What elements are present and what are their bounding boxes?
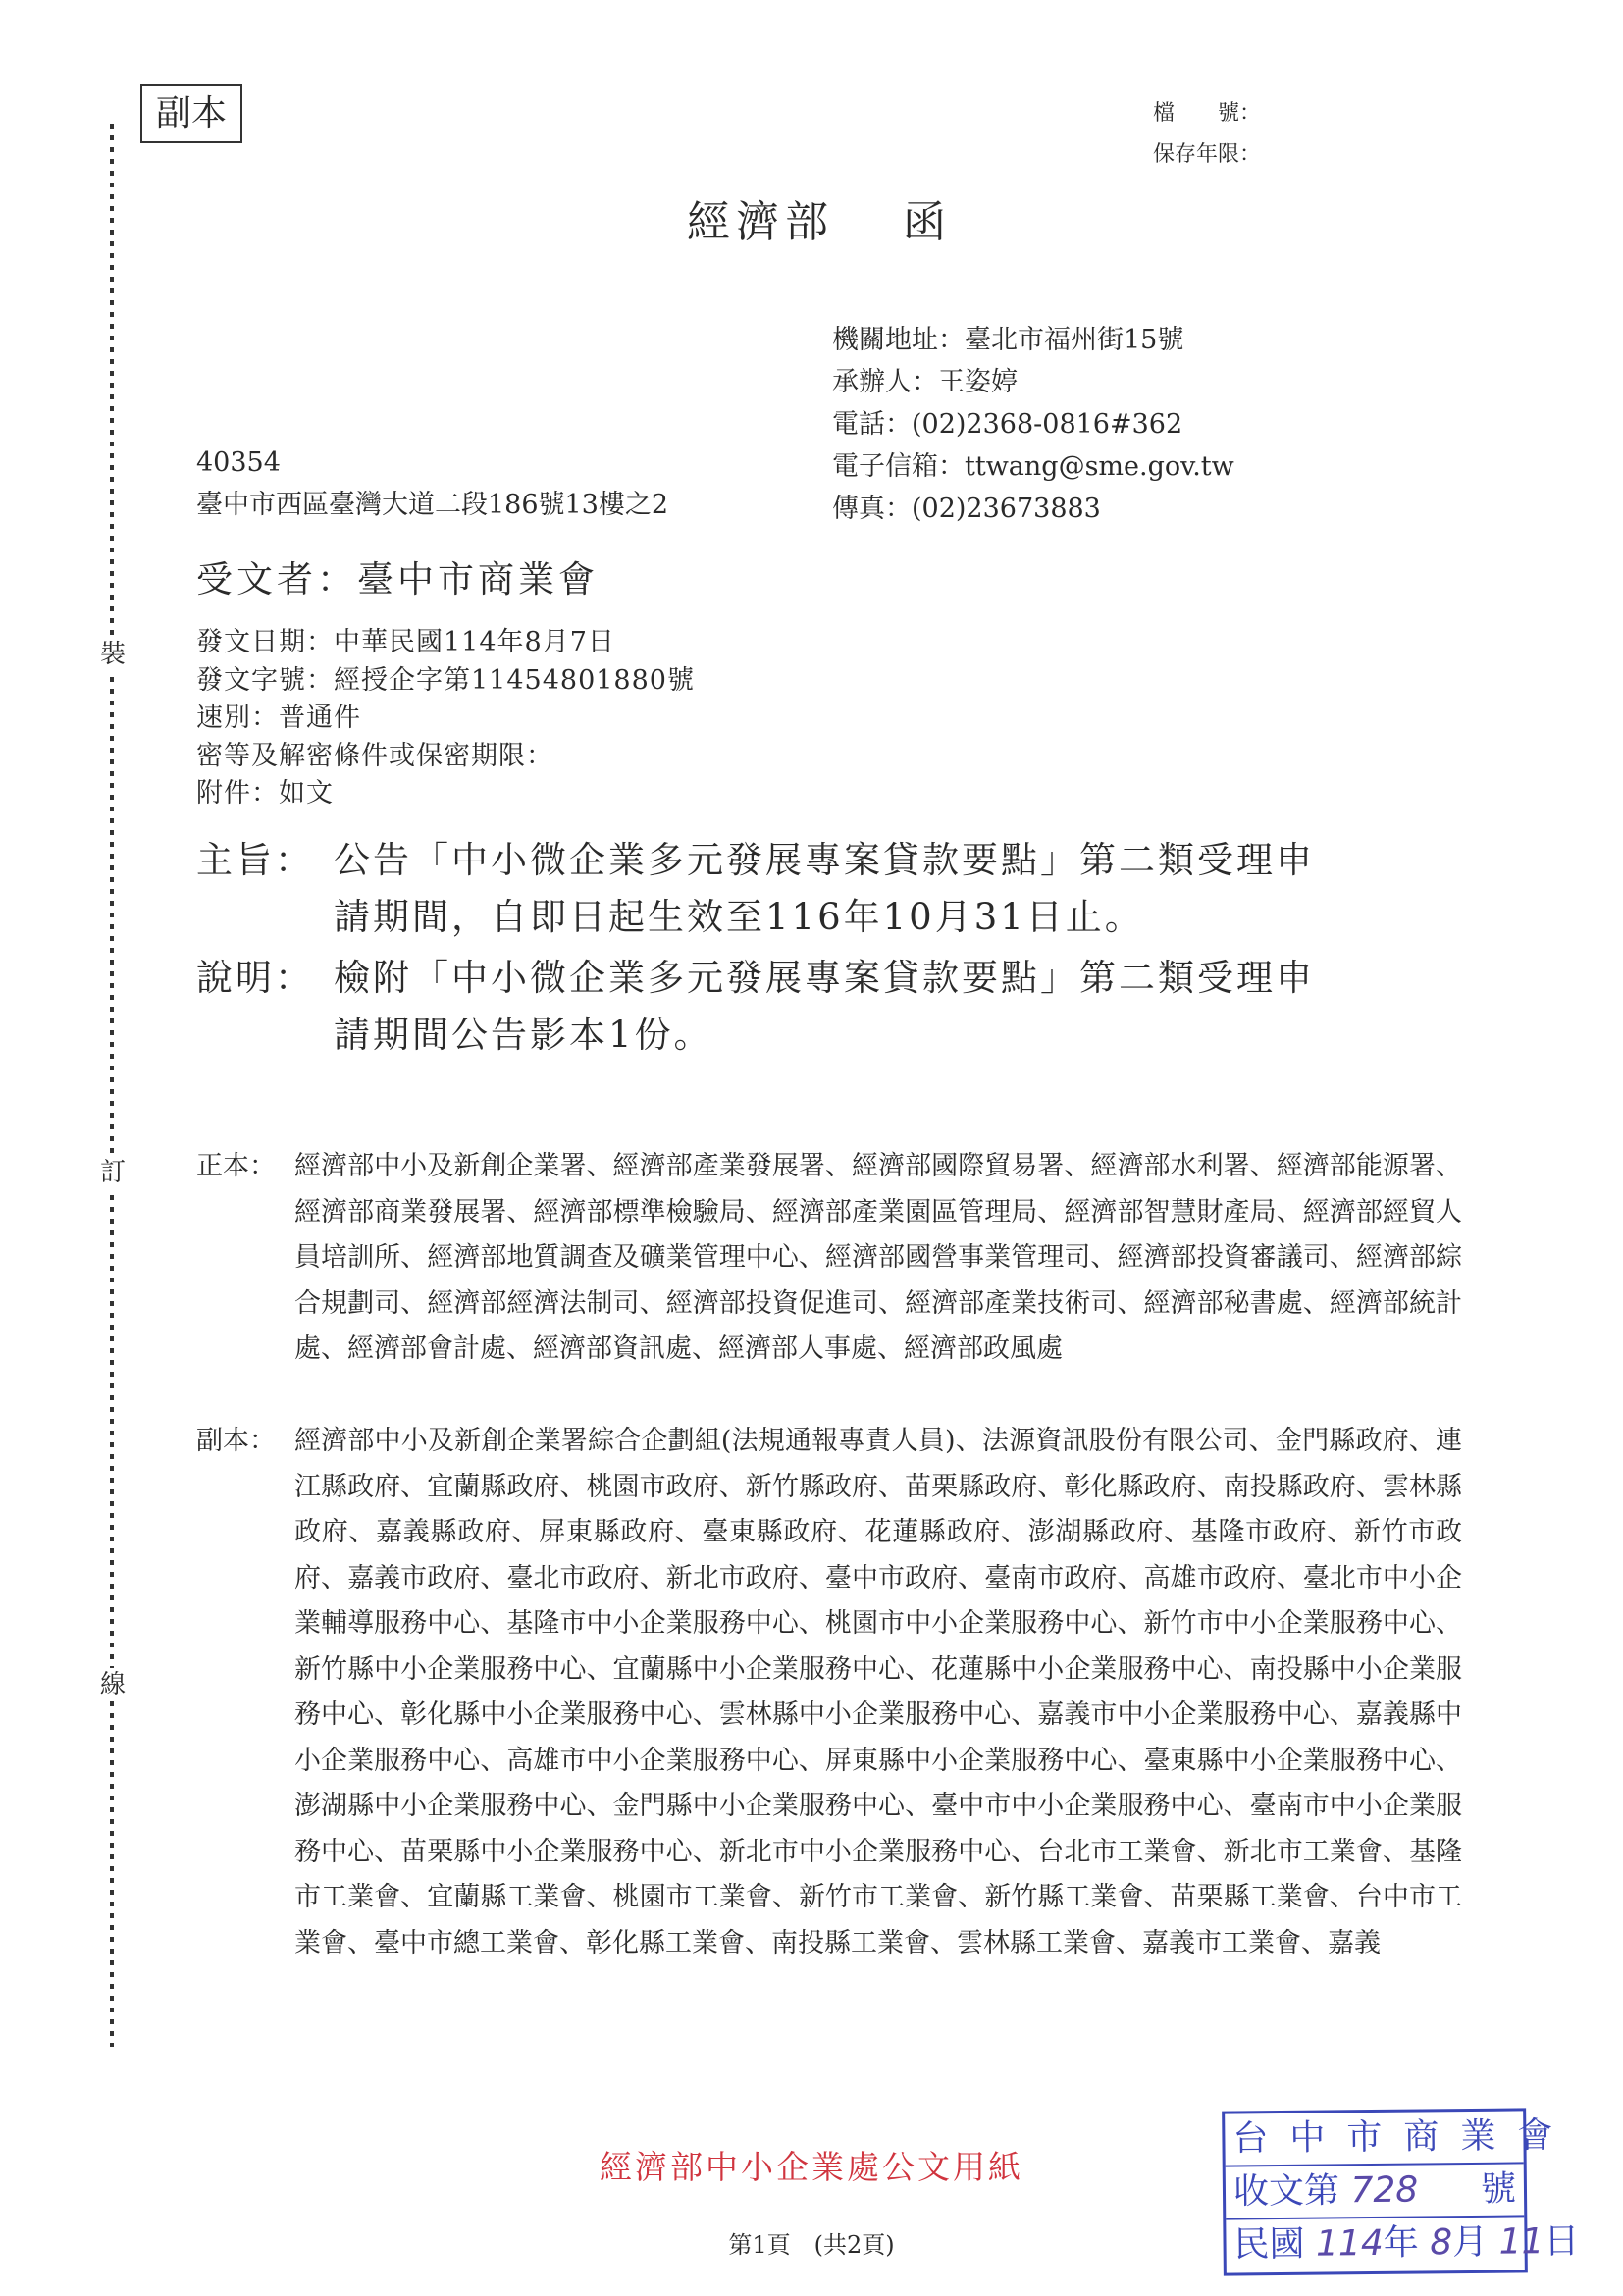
stamp-year-label: 年: [1384, 2223, 1419, 2264]
original-recipients: 正本： 經濟部中小及新創企業署、經濟部產業發展署、經濟部國際貿易署、經濟部水利署…: [196, 1144, 1472, 1373]
binding-char-zhuang: 裝: [96, 638, 130, 671]
explanation-line-2: 請期間公告影本1份。: [196, 1007, 1315, 1064]
explanation-section: 說明：檢附「中小微企業多元發展專案貸款要點」第二類受理申 請期間公告影本1份。: [196, 950, 1315, 1064]
explanation-label: 說明：: [196, 950, 334, 1007]
title-doc-type: 函: [903, 197, 952, 247]
title-agency: 經濟部: [687, 197, 834, 247]
attachment: 附件：如文: [196, 775, 695, 813]
subject-label: 主旨：: [196, 832, 334, 889]
stamp-receipt-label: 收文第: [1233, 2170, 1339, 2212]
document-fields: 發文日期：中華民國114年8月7日 發文字號：經授企字第11454801880號…: [196, 624, 695, 813]
agency-handler: 承辦人：王姿婷: [832, 361, 1234, 403]
stamp-date-prefix: 民國: [1233, 2224, 1304, 2266]
stamp-month-label: 月: [1452, 2222, 1488, 2263]
original-recipients-label: 正本：: [196, 1144, 276, 1190]
copy-recipients-list: 經濟部中小及新創企業署綜合企劃組(法規通報專責人員)、法源資訊股份有限公司、金門…: [294, 1419, 1462, 1966]
stamp-org: 台中市商業會: [1225, 2111, 1524, 2166]
issue-date: 發文日期：中華民國114年8月7日: [196, 624, 695, 662]
stamp-receipt-number: 728: [1350, 2170, 1418, 2212]
recipient-mailing-address: 40354 臺中市西區臺灣大道二段186號13樓之2: [196, 442, 668, 526]
binding-char-ding: 訂: [96, 1156, 130, 1189]
binding-dotted-line: [110, 124, 114, 2047]
binding-char-xian: 線: [96, 1668, 130, 1701]
agency-phone: 電話：(02)2368-0816#362: [832, 403, 1234, 445]
subject-section: 主旨：公告「中小微企業多元發展專案貸款要點」第二類受理申 請期間，自即日起生效至…: [196, 832, 1315, 946]
copy-recipients: 副本： 經濟部中小及新創企業署綜合企劃組(法規通報專責人員)、法源資訊股份有限公…: [196, 1419, 1472, 1966]
postal-code: 40354: [196, 442, 668, 484]
stamp-year: 114: [1316, 2223, 1384, 2265]
subject-line-1: 公告「中小微企業多元發展專案貸款要點」第二類受理申: [334, 839, 1315, 881]
document-number: 發文字號：經授企字第11454801880號: [196, 662, 695, 701]
stamp-receipt-row: 收文第 728 號: [1226, 2164, 1525, 2219]
security-level: 密等及解密條件或保密期限：: [196, 738, 695, 776]
copy-stamp: 副本: [140, 84, 242, 143]
agency-address: 機關地址：臺北市福州街15號: [832, 319, 1234, 361]
stamp-date-row: 民國 114年 8月 11日: [1226, 2217, 1525, 2272]
original-recipients-list: 經濟部中小及新創企業署、經濟部產業發展署、經濟部國際貿易署、經濟部水利署、經濟部…: [294, 1144, 1462, 1373]
recipient: 受文者：臺中市商業會: [196, 549, 599, 602]
document-title: 經濟部函: [687, 186, 952, 249]
received-stamp: 台中市商業會 收文第 728 號 民國 114年 8月 11日: [1222, 2108, 1528, 2275]
street-address: 臺中市西區臺灣大道二段186號13樓之2: [196, 484, 668, 526]
urgency: 速別：普通件: [196, 700, 695, 738]
file-number-label: 檔 號：: [1153, 96, 1261, 131]
subject-line-2: 請期間，自即日起生效至116年10月31日止。: [196, 889, 1315, 946]
copy-recipients-label: 副本：: [196, 1419, 276, 1465]
agency-email: 電子信箱：ttwang@sme.gov.tw: [832, 445, 1234, 488]
stamp-receipt-suffix: 號: [1481, 2164, 1517, 2215]
agency-info: 機關地址：臺北市福州街15號 承辦人：王姿婷 電話：(02)2368-0816#…: [832, 319, 1234, 530]
stamp-day-label: 日: [1544, 2221, 1579, 2262]
explanation-line-1: 檢附「中小微企業多元發展專案貸款要點」第二類受理申: [334, 957, 1315, 999]
retention-period-label: 保存年限：: [1153, 137, 1261, 173]
stamp-day: 11: [1498, 2221, 1544, 2262]
stamp-month: 8: [1430, 2222, 1452, 2263]
agency-fax: 傳真：(02)23673883: [832, 488, 1234, 530]
